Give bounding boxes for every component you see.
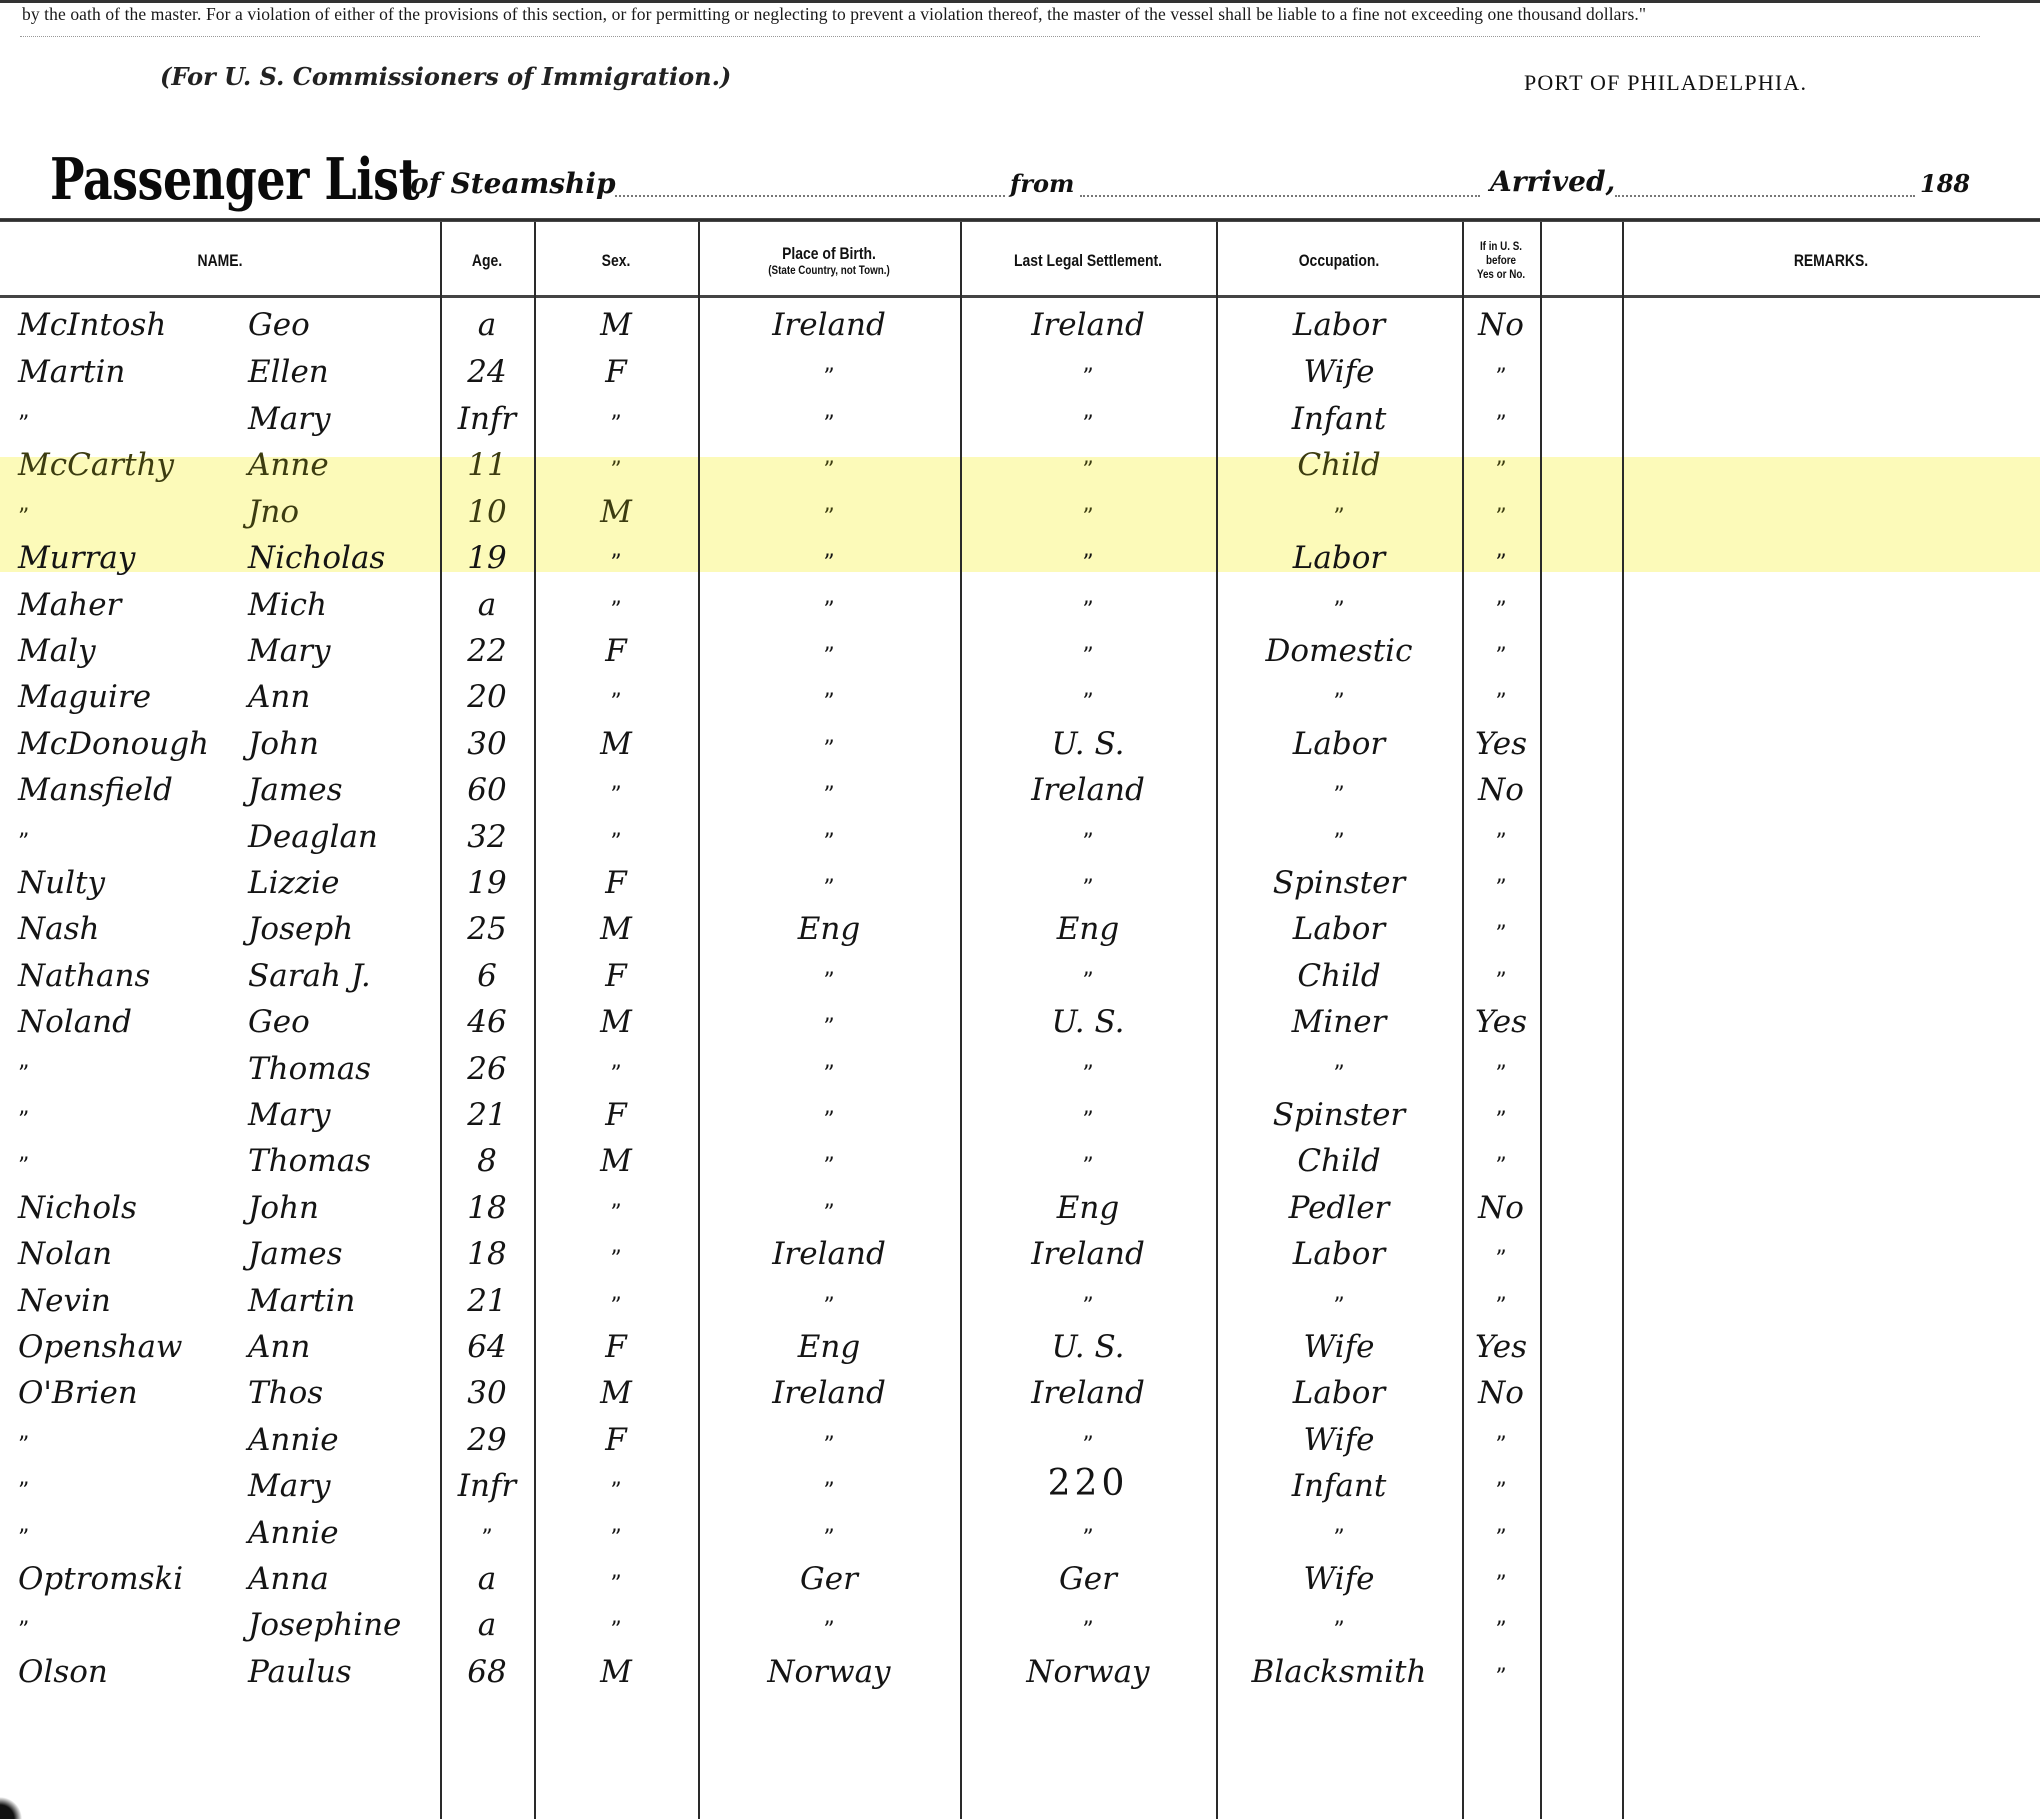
last-settlement-cell: ” bbox=[960, 1090, 1216, 1137]
table-row: NathansSarah J.6F””Child” bbox=[0, 951, 2040, 998]
in-us-before-cell: Yes bbox=[1462, 997, 1540, 1044]
occupation-cell: ” bbox=[1216, 765, 1462, 812]
last-settlement-cell: ” bbox=[960, 1600, 1216, 1647]
in-us-before-cell: ” bbox=[1462, 1044, 1540, 1091]
sex-cell: ” bbox=[534, 440, 698, 487]
last-settlement-cell: Ireland bbox=[960, 300, 1216, 347]
last-settlement-cell: ” bbox=[960, 1508, 1216, 1555]
in-us-before-cell: ” bbox=[1462, 487, 1540, 534]
in-us-before-cell: ” bbox=[1462, 672, 1540, 719]
last-settlement-cell: 220 bbox=[960, 1461, 1216, 1508]
age-cell: 21 bbox=[440, 1276, 534, 1323]
page-title: Passenger List bbox=[50, 145, 419, 213]
in-us-before-cell: No bbox=[1462, 1368, 1540, 1415]
occupation-cell: Labor bbox=[1216, 904, 1462, 951]
table-row: NashJoseph25MEngEngLabor” bbox=[0, 904, 2040, 951]
commissioners-line: (For U. S. Commissioners of Immigration.… bbox=[160, 62, 731, 91]
last-settlement-cell: U. S. bbox=[960, 1322, 1216, 1369]
header-sex: Sex. bbox=[549, 226, 683, 296]
from-fill-line bbox=[1080, 195, 1480, 197]
given-name-cell: Sarah J. bbox=[248, 951, 438, 998]
sex-cell: ” bbox=[534, 1508, 698, 1555]
occupation-cell: ” bbox=[1216, 487, 1462, 534]
given-name-cell: James bbox=[248, 765, 438, 812]
given-name-cell: Thomas bbox=[248, 1044, 438, 1091]
given-name-cell: Annie bbox=[248, 1508, 438, 1555]
sex-cell: F bbox=[534, 858, 698, 905]
occupation-cell: Labor bbox=[1216, 719, 1462, 766]
place-of-birth-cell: ” bbox=[698, 626, 960, 673]
remarks-cell bbox=[1622, 1322, 2040, 1369]
sex-cell: ” bbox=[534, 1183, 698, 1230]
remarks-cell bbox=[1622, 300, 2040, 347]
last-settlement-cell: ” bbox=[960, 394, 1216, 441]
occupation-cell: Infant bbox=[1216, 1461, 1462, 1508]
age-cell: 20 bbox=[440, 672, 534, 719]
surname-cell: ” bbox=[18, 1136, 268, 1183]
sex-cell: F bbox=[534, 1415, 698, 1462]
in-us-before-cell: ” bbox=[1462, 1461, 1540, 1508]
sex-cell: ” bbox=[534, 1229, 698, 1276]
surname-cell: ” bbox=[18, 1508, 268, 1555]
surname-cell: Mansfield bbox=[18, 765, 268, 812]
age-cell: a bbox=[440, 300, 534, 347]
remarks-cell bbox=[1622, 904, 2040, 951]
occupation-cell: Labor bbox=[1216, 533, 1462, 580]
place-of-birth-cell: ” bbox=[698, 951, 960, 998]
in-us-before-cell: ” bbox=[1462, 440, 1540, 487]
given-name-cell: Jno bbox=[248, 487, 438, 534]
remarks-cell bbox=[1622, 1044, 2040, 1091]
place-of-birth-cell: ” bbox=[698, 1044, 960, 1091]
remarks-cell bbox=[1622, 347, 2040, 394]
header-place-of-birth: Place of Birth. (State Country, not Town… bbox=[722, 226, 937, 296]
last-settlement-cell: ” bbox=[960, 858, 1216, 905]
table-row: MalyMary22F””Domestic” bbox=[0, 626, 2040, 673]
age-cell: 30 bbox=[440, 1368, 534, 1415]
sex-cell: F bbox=[534, 347, 698, 394]
occupation-cell: ” bbox=[1216, 1276, 1462, 1323]
remarks-cell bbox=[1622, 1276, 2040, 1323]
table-row: ”Mary21F””Spinster” bbox=[0, 1090, 2040, 1137]
in-us-before-cell: ” bbox=[1462, 1090, 1540, 1137]
occupation-cell: Spinster bbox=[1216, 1090, 1462, 1137]
given-name-cell: Ann bbox=[248, 1322, 438, 1369]
last-settlement-cell: Ireland bbox=[960, 765, 1216, 812]
sex-cell: ” bbox=[534, 580, 698, 627]
last-settlement-cell: Eng bbox=[960, 1183, 1216, 1230]
last-settlement-cell: U. S. bbox=[960, 997, 1216, 1044]
in-us-before-cell: No bbox=[1462, 1183, 1540, 1230]
occupation-cell: Child bbox=[1216, 1136, 1462, 1183]
table-row: NevinMartin21””””” bbox=[0, 1276, 2040, 1323]
remarks-cell bbox=[1622, 1647, 2040, 1694]
surname-cell: Openshaw bbox=[18, 1322, 268, 1369]
last-settlement-cell: ” bbox=[960, 347, 1216, 394]
age-cell: 60 bbox=[440, 765, 534, 812]
sex-cell: ” bbox=[534, 1554, 698, 1601]
occupation-cell: ” bbox=[1216, 1044, 1462, 1091]
sex-cell: F bbox=[534, 1090, 698, 1137]
sex-cell: M bbox=[534, 1136, 698, 1183]
table-row: MaherMicha””””” bbox=[0, 580, 2040, 627]
last-settlement-cell: Eng bbox=[960, 904, 1216, 951]
age-cell: 32 bbox=[440, 812, 534, 859]
header-in-us-before: If in U. S. before Yes or No. bbox=[1469, 226, 1533, 296]
age-cell: 6 bbox=[440, 951, 534, 998]
surname-cell: Olson bbox=[18, 1647, 268, 1694]
given-name-cell: Geo bbox=[248, 997, 438, 1044]
surname-cell: Nolan bbox=[18, 1229, 268, 1276]
age-cell: 29 bbox=[440, 1415, 534, 1462]
header-top-rule bbox=[0, 218, 2040, 222]
last-settlement-cell: ” bbox=[960, 1136, 1216, 1183]
scan-edge-shadow bbox=[0, 1779, 30, 1819]
steamship-fill-line bbox=[615, 195, 1005, 197]
table-row: ”Thomas8M””Child” bbox=[0, 1136, 2040, 1183]
place-of-birth-cell: Ireland bbox=[698, 300, 960, 347]
age-cell: 19 bbox=[440, 533, 534, 580]
age-cell: 64 bbox=[440, 1322, 534, 1369]
surname-cell: Maguire bbox=[18, 672, 268, 719]
occupation-cell: Labor bbox=[1216, 1229, 1462, 1276]
age-cell: 25 bbox=[440, 904, 534, 951]
age-cell: Infr bbox=[440, 394, 534, 441]
remarks-cell bbox=[1622, 1136, 2040, 1183]
given-name-cell: Lizzie bbox=[248, 858, 438, 905]
table-row: NolanJames18”IrelandIrelandLabor” bbox=[0, 1229, 2040, 1276]
in-us-before-cell: ” bbox=[1462, 1276, 1540, 1323]
place-of-birth-cell: ” bbox=[698, 1090, 960, 1137]
given-name-cell: Paulus bbox=[248, 1647, 438, 1694]
remarks-cell bbox=[1622, 951, 2040, 998]
age-cell: 18 bbox=[440, 1183, 534, 1230]
sex-cell: M bbox=[534, 300, 698, 347]
in-us-before-cell: ” bbox=[1462, 1600, 1540, 1647]
remarks-cell bbox=[1622, 1229, 2040, 1276]
in-us-before-cell: No bbox=[1462, 300, 1540, 347]
in-us-before-cell: ” bbox=[1462, 626, 1540, 673]
in-us-before-cell: ” bbox=[1462, 533, 1540, 580]
in-us-before-cell: No bbox=[1462, 765, 1540, 812]
table-row: MansfieldJames60””Ireland”No bbox=[0, 765, 2040, 812]
in-us-before-cell: ” bbox=[1462, 347, 1540, 394]
surname-cell: ” bbox=[18, 1461, 268, 1508]
in-us-before-cell: ” bbox=[1462, 1508, 1540, 1555]
occupation-cell: Wife bbox=[1216, 347, 1462, 394]
given-name-cell: John bbox=[248, 719, 438, 766]
given-name-cell: Martin bbox=[248, 1276, 438, 1323]
table-row: McCarthyAnne11”””Child” bbox=[0, 440, 2040, 487]
age-cell: 30 bbox=[440, 719, 534, 766]
year-label: 188 bbox=[1920, 169, 1970, 198]
last-settlement-cell: U. S. bbox=[960, 719, 1216, 766]
table-row: ”Annie29F””Wife” bbox=[0, 1415, 2040, 1462]
divider bbox=[20, 36, 1980, 37]
last-settlement-cell: ” bbox=[960, 1276, 1216, 1323]
occupation-cell: Spinster bbox=[1216, 858, 1462, 905]
legal-notice: by the oath of the master. For a violati… bbox=[22, 4, 2022, 25]
remarks-cell bbox=[1622, 1554, 2040, 1601]
place-of-birth-cell: ” bbox=[698, 347, 960, 394]
surname-cell: O'Brien bbox=[18, 1368, 268, 1415]
sex-cell: M bbox=[534, 1647, 698, 1694]
place-of-birth-cell: ” bbox=[698, 672, 960, 719]
in-us-before-cell: ” bbox=[1462, 580, 1540, 627]
age-cell: 24 bbox=[440, 347, 534, 394]
age-cell: a bbox=[440, 1554, 534, 1601]
in-us-before-cell: ” bbox=[1462, 1554, 1540, 1601]
place-of-birth-cell: ” bbox=[698, 394, 960, 441]
table-row: MurrayNicholas19”””Labor” bbox=[0, 533, 2040, 580]
in-us-before-cell: ” bbox=[1462, 1136, 1540, 1183]
given-name-cell: Thos bbox=[248, 1368, 438, 1415]
occupation-cell: Blacksmith bbox=[1216, 1647, 1462, 1694]
table-row: OptromskiAnnaa”GerGerWife” bbox=[0, 1554, 2040, 1601]
surname-cell: Murray bbox=[18, 533, 268, 580]
in-us-before-cell: ” bbox=[1462, 951, 1540, 998]
occupation-cell: Child bbox=[1216, 440, 1462, 487]
in-us-before-cell: ” bbox=[1462, 1229, 1540, 1276]
given-name-cell: Nicholas bbox=[248, 533, 438, 580]
table-row: McIntoshGeoaMIrelandIrelandLaborNo bbox=[0, 300, 2040, 347]
given-name-cell: Anne bbox=[248, 440, 438, 487]
age-cell: ” bbox=[440, 1508, 534, 1555]
occupation-cell: Labor bbox=[1216, 300, 1462, 347]
sex-cell: ” bbox=[534, 672, 698, 719]
remarks-cell bbox=[1622, 672, 2040, 719]
age-cell: 11 bbox=[440, 440, 534, 487]
in-us-before-cell: ” bbox=[1462, 1647, 1540, 1694]
occupation-cell: ” bbox=[1216, 812, 1462, 859]
occupation-cell: ” bbox=[1216, 1600, 1462, 1647]
age-cell: 8 bbox=[440, 1136, 534, 1183]
sex-cell: F bbox=[534, 951, 698, 998]
age-cell: 19 bbox=[440, 858, 534, 905]
place-of-birth-cell: ” bbox=[698, 580, 960, 627]
last-settlement-cell: ” bbox=[960, 951, 1216, 998]
remarks-cell bbox=[1622, 1183, 2040, 1230]
given-name-cell: Deaglan bbox=[248, 812, 438, 859]
given-name-cell: Mary bbox=[248, 626, 438, 673]
remarks-cell bbox=[1622, 858, 2040, 905]
sex-cell: M bbox=[534, 904, 698, 951]
surname-cell: McDonough bbox=[18, 719, 268, 766]
table-row: ”Annie”””””” bbox=[0, 1508, 2040, 1555]
surname-cell: Martin bbox=[18, 347, 268, 394]
table-row: McDonoughJohn30M”U. S.LaborYes bbox=[0, 719, 2040, 766]
age-cell: 18 bbox=[440, 1229, 534, 1276]
surname-cell: Maher bbox=[18, 580, 268, 627]
last-settlement-cell: ” bbox=[960, 672, 1216, 719]
remarks-cell bbox=[1622, 997, 2040, 1044]
sex-cell: ” bbox=[534, 1044, 698, 1091]
table-row: ”Deaglan32””””” bbox=[0, 812, 2040, 859]
remarks-cell bbox=[1622, 533, 2040, 580]
age-cell: 22 bbox=[440, 626, 534, 673]
last-settlement-cell: ” bbox=[960, 487, 1216, 534]
place-of-birth-cell: ” bbox=[698, 1136, 960, 1183]
given-name-cell: Ann bbox=[248, 672, 438, 719]
age-cell: 21 bbox=[440, 1090, 534, 1137]
table-row: ”MaryInfr””220Infant” bbox=[0, 1461, 2040, 1508]
surname-cell: Noland bbox=[18, 997, 268, 1044]
sex-cell: F bbox=[534, 1322, 698, 1369]
sex-cell: M bbox=[534, 487, 698, 534]
sex-cell: ” bbox=[534, 765, 698, 812]
occupation-cell: ” bbox=[1216, 1508, 1462, 1555]
given-name-cell: James bbox=[248, 1229, 438, 1276]
place-of-birth-cell: ” bbox=[698, 1508, 960, 1555]
age-cell: a bbox=[440, 1600, 534, 1647]
age-cell: 68 bbox=[440, 1647, 534, 1694]
header-remarks: REMARKS. bbox=[1660, 226, 2003, 296]
surname-cell: ” bbox=[18, 1600, 268, 1647]
occupation-cell: Pedler bbox=[1216, 1183, 1462, 1230]
header-last-legal-settlement: Last Legal Settlement. bbox=[983, 226, 1193, 296]
given-name-cell: Anna bbox=[248, 1554, 438, 1601]
table-row: NolandGeo46M”U. S.MinerYes bbox=[0, 997, 2040, 1044]
surname-cell: McIntosh bbox=[18, 300, 268, 347]
remarks-cell bbox=[1622, 487, 2040, 534]
place-of-birth-cell: ” bbox=[698, 487, 960, 534]
occupation-cell: ” bbox=[1216, 580, 1462, 627]
last-settlement-cell: ” bbox=[960, 440, 1216, 487]
sex-cell: ” bbox=[534, 1276, 698, 1323]
surname-cell: Optromski bbox=[18, 1554, 268, 1601]
place-of-birth-cell: Norway bbox=[698, 1647, 960, 1694]
given-name-cell: Annie bbox=[248, 1415, 438, 1462]
steamship-label: of Steamship bbox=[410, 167, 616, 200]
arrived-label: Arrived, bbox=[1490, 165, 1615, 198]
sex-cell: M bbox=[534, 719, 698, 766]
surname-cell: ” bbox=[18, 1415, 268, 1462]
table-row: MartinEllen24F””Wife” bbox=[0, 347, 2040, 394]
table-row: OlsonPaulus68MNorwayNorwayBlacksmith” bbox=[0, 1647, 2040, 1694]
in-us-before-cell: ” bbox=[1462, 858, 1540, 905]
surname-cell: ” bbox=[18, 812, 268, 859]
top-border bbox=[0, 0, 2040, 3]
last-settlement-cell: Ireland bbox=[960, 1368, 1216, 1415]
surname-cell: McCarthy bbox=[18, 440, 268, 487]
sex-cell: ” bbox=[534, 533, 698, 580]
surname-cell: Nulty bbox=[18, 858, 268, 905]
arrived-fill-line bbox=[1615, 195, 1915, 197]
place-of-birth-cell: ” bbox=[698, 1183, 960, 1230]
place-of-birth-cell: ” bbox=[698, 1276, 960, 1323]
occupation-cell: Child bbox=[1216, 951, 1462, 998]
sex-cell: F bbox=[534, 626, 698, 673]
given-name-cell: Geo bbox=[248, 300, 438, 347]
in-us-before-cell: ” bbox=[1462, 812, 1540, 859]
occupation-cell: Labor bbox=[1216, 1368, 1462, 1415]
port-name: PORT OF PHILADELPHIA. bbox=[1524, 70, 1807, 96]
occupation-cell: Infant bbox=[1216, 394, 1462, 441]
place-of-birth-cell: Eng bbox=[698, 1322, 960, 1369]
age-cell: Infr bbox=[440, 1461, 534, 1508]
remarks-cell bbox=[1622, 765, 2040, 812]
surname-cell: Nathans bbox=[18, 951, 268, 998]
remarks-cell bbox=[1622, 1508, 2040, 1555]
occupation-cell: Miner bbox=[1216, 997, 1462, 1044]
sex-cell: ” bbox=[534, 394, 698, 441]
given-name-cell: Mary bbox=[248, 1090, 438, 1137]
age-cell: 46 bbox=[440, 997, 534, 1044]
given-name-cell: Mich bbox=[248, 580, 438, 627]
header-occupation: Occupation. bbox=[1238, 226, 1440, 296]
sex-cell: ” bbox=[534, 1600, 698, 1647]
occupation-cell: Domestic bbox=[1216, 626, 1462, 673]
surname-cell: ” bbox=[18, 394, 268, 441]
remarks-cell bbox=[1622, 1090, 2040, 1137]
given-name-cell: Joseph bbox=[248, 904, 438, 951]
place-of-birth-cell: Ireland bbox=[698, 1368, 960, 1415]
place-of-birth-cell: ” bbox=[698, 997, 960, 1044]
surname-cell: Nevin bbox=[18, 1276, 268, 1323]
occupation-cell: ” bbox=[1216, 672, 1462, 719]
place-of-birth-cell: ” bbox=[698, 765, 960, 812]
remarks-cell bbox=[1622, 719, 2040, 766]
place-of-birth-cell: ” bbox=[698, 719, 960, 766]
from-label: from bbox=[1010, 169, 1074, 198]
header-name: NAME. bbox=[40, 226, 401, 296]
surname-cell: Nash bbox=[18, 904, 268, 951]
remarks-cell bbox=[1622, 1368, 2040, 1415]
age-cell: 10 bbox=[440, 487, 534, 534]
place-of-birth-cell: ” bbox=[698, 858, 960, 905]
occupation-cell: Wife bbox=[1216, 1322, 1462, 1369]
table-row: NultyLizzie19F””Spinster” bbox=[0, 858, 2040, 905]
remarks-cell bbox=[1622, 812, 2040, 859]
remarks-cell bbox=[1622, 440, 2040, 487]
place-of-birth-cell: ” bbox=[698, 1415, 960, 1462]
table-row: MaguireAnn20””””” bbox=[0, 672, 2040, 719]
age-cell: 26 bbox=[440, 1044, 534, 1091]
place-of-birth-cell: ” bbox=[698, 1600, 960, 1647]
table-row: ”Jno10M”””” bbox=[0, 487, 2040, 534]
last-settlement-cell: Ireland bbox=[960, 1229, 1216, 1276]
given-name-cell: Thomas bbox=[248, 1136, 438, 1183]
last-settlement-cell: ” bbox=[960, 812, 1216, 859]
in-us-before-cell: Yes bbox=[1462, 719, 1540, 766]
remarks-cell bbox=[1622, 1461, 2040, 1508]
sex-cell: ” bbox=[534, 1461, 698, 1508]
occupation-cell: Wife bbox=[1216, 1554, 1462, 1601]
sex-cell: M bbox=[534, 1368, 698, 1415]
in-us-before-cell: ” bbox=[1462, 394, 1540, 441]
place-of-birth-cell: ” bbox=[698, 533, 960, 580]
given-name-cell: Ellen bbox=[248, 347, 438, 394]
last-settlement-cell: Ger bbox=[960, 1554, 1216, 1601]
title-row: Passenger List of Steamship from Arrived… bbox=[50, 135, 2000, 215]
last-settlement-cell: ” bbox=[960, 626, 1216, 673]
table-row: ”Thomas26””””” bbox=[0, 1044, 2040, 1091]
in-us-before-cell: ” bbox=[1462, 904, 1540, 951]
given-name-cell: Mary bbox=[248, 394, 438, 441]
remarks-cell bbox=[1622, 1415, 2040, 1462]
sex-cell: M bbox=[534, 997, 698, 1044]
age-cell: a bbox=[440, 580, 534, 627]
last-settlement-cell: ” bbox=[960, 580, 1216, 627]
remarks-cell bbox=[1622, 394, 2040, 441]
surname-cell: Maly bbox=[18, 626, 268, 673]
place-of-birth-cell: ” bbox=[698, 812, 960, 859]
table-row: O'BrienThos30MIrelandIrelandLaborNo bbox=[0, 1368, 2040, 1415]
table-row: NicholsJohn18””EngPedlerNo bbox=[0, 1183, 2040, 1230]
last-settlement-cell: ” bbox=[960, 1044, 1216, 1091]
table-row: ”Josephinea””””” bbox=[0, 1600, 2040, 1647]
surname-cell: Nichols bbox=[18, 1183, 268, 1230]
